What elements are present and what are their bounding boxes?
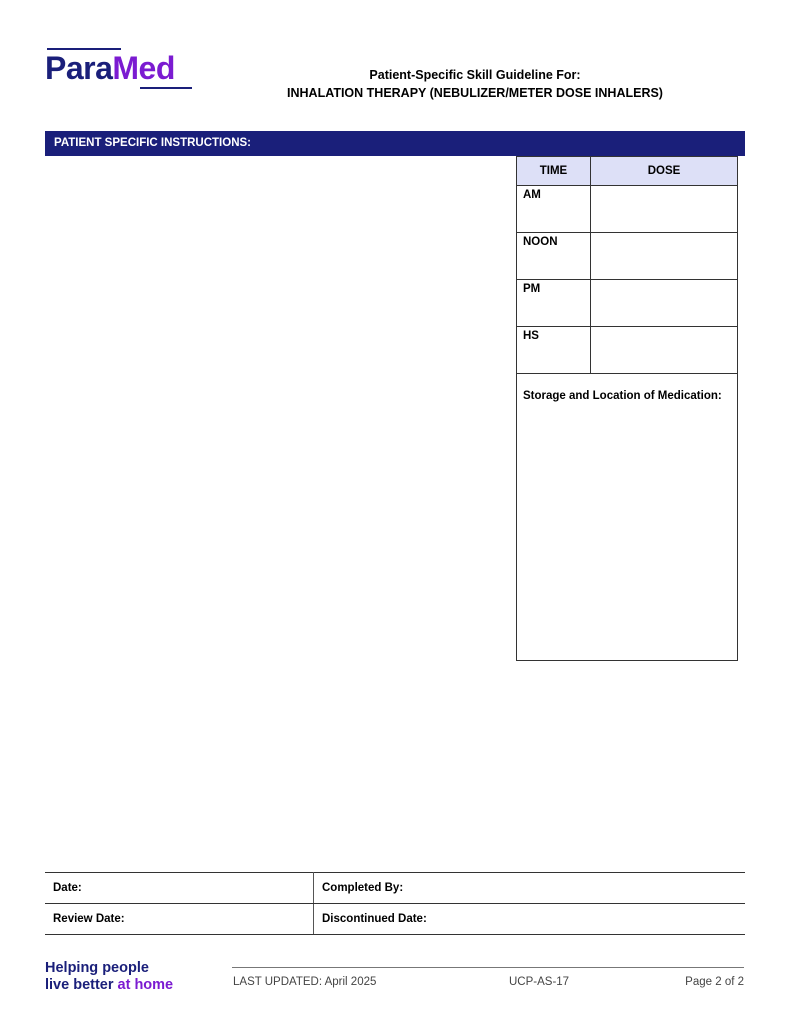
logo-para: Para xyxy=(45,50,112,86)
footer-tagline: Helping people live better at home xyxy=(45,960,173,994)
paramed-logo: ParaMed xyxy=(45,46,193,90)
storage-location-field[interactable]: Storage and Location of Medication: xyxy=(517,374,738,661)
table-row: NOON xyxy=(517,233,738,280)
review-date-field[interactable]: Review Date: xyxy=(45,904,314,935)
document-title: Patient-Specific Skill Guideline For: IN… xyxy=(250,66,700,102)
patient-instructions-header: PATIENT SPECIFIC INSTRUCTIONS: xyxy=(45,131,745,156)
storage-row: Storage and Location of Medication: xyxy=(517,374,738,661)
title-line-2: INHALATION THERAPY (NEBULIZER/METER DOSE… xyxy=(250,84,700,102)
logo-text: ParaMed xyxy=(45,49,175,87)
tagline-part-a: live better xyxy=(45,977,118,993)
table-header-row: TIME DOSE xyxy=(517,157,738,186)
time-cell-pm: PM xyxy=(517,280,591,327)
date-field[interactable]: Date: xyxy=(45,873,314,904)
title-line-1: Patient-Specific Skill Guideline For: xyxy=(250,66,700,84)
table-row: HS xyxy=(517,327,738,374)
page-number: Page 2 of 2 xyxy=(685,976,744,988)
document-code: UCP-AS-17 xyxy=(509,976,569,988)
signoff-table: Date: Completed By: Review Date: Discont… xyxy=(45,872,745,935)
completed-by-label: Completed By: xyxy=(322,882,403,894)
discontinued-date-field[interactable]: Discontinued Date: xyxy=(314,904,746,935)
review-date-label: Review Date: xyxy=(53,913,125,925)
discontinued-date-label: Discontinued Date: xyxy=(322,913,427,925)
footer-divider xyxy=(232,967,744,968)
signoff-row: Date: Completed By: xyxy=(45,873,745,904)
signoff-row: Review Date: Discontinued Date: xyxy=(45,904,745,935)
logo-bar-bottom xyxy=(140,87,192,89)
table-row: PM xyxy=(517,280,738,327)
dose-field-am[interactable] xyxy=(591,186,738,233)
section-label: PATIENT SPECIFIC INSTRUCTIONS: xyxy=(54,137,251,149)
dose-schedule-table: TIME DOSE AM NOON PM HS Storage and Loca… xyxy=(516,156,738,661)
table-row: AM xyxy=(517,186,738,233)
dose-field-hs[interactable] xyxy=(591,327,738,374)
tagline-part-b: at home xyxy=(118,977,174,993)
tagline-line-2: live better at home xyxy=(45,977,173,994)
last-updated: LAST UPDATED: April 2025 xyxy=(233,976,376,988)
logo-med: Med xyxy=(112,50,175,86)
dose-field-noon[interactable] xyxy=(591,233,738,280)
dose-header: DOSE xyxy=(591,157,738,186)
dose-field-pm[interactable] xyxy=(591,280,738,327)
time-cell-noon: NOON xyxy=(517,233,591,280)
time-cell-am: AM xyxy=(517,186,591,233)
tagline-line-1: Helping people xyxy=(45,960,173,977)
storage-label: Storage and Location of Medication: xyxy=(523,390,722,402)
time-header: TIME xyxy=(517,157,591,186)
completed-by-field[interactable]: Completed By: xyxy=(314,873,746,904)
time-cell-hs: HS xyxy=(517,327,591,374)
date-label: Date: xyxy=(53,882,82,894)
